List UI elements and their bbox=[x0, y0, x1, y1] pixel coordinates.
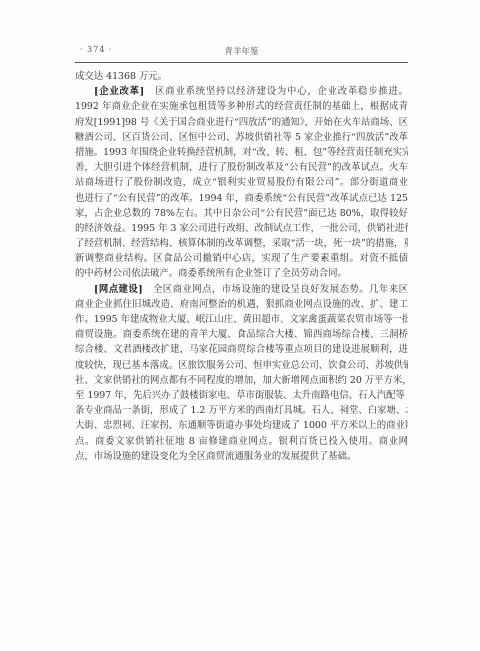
text-line: 糖酒公司、区百货公司、区恒中公司、苏坡供销社等 5 家企业推行“四放活”改革 bbox=[75, 130, 408, 145]
text-line: 1992 年商业企业在实施承包租赁等多种形式的经营责任制的基础上，根据成青 bbox=[75, 99, 408, 114]
line-text: 商贸设施。商委系统在建的青羊大厦、食品综合大楼、锦西商场综合楼、三洞桥 bbox=[75, 329, 408, 340]
text-line: 站商场进行了股份制改造，成立“银利实业贸易股份有限公司”。部分街道商业 bbox=[75, 175, 408, 190]
text-line: 善，大胆引进个体经营机制，进行了股份制改革及“公有民营”的改革试点。火车 bbox=[75, 160, 408, 175]
text-line: 也进行了“公有民营”的改革。1994 年，商委系统“公有民营”改革试点已达 12… bbox=[75, 191, 408, 206]
text-line: 作。1995 年建成物业大厦、岷江山庄、黄田超市、文家禽蛋蔬菜农贸市场等一批 bbox=[75, 312, 408, 327]
line-text: 度较快，现已基本落成。区旅饮服务公司、恒申实业总公司、饮食公司、苏坡供销 bbox=[75, 360, 408, 371]
line-text: 作。1995 年建成物业大厦、岷江山庄、黄田超市、文家禽蛋蔬菜农贸市场等一批 bbox=[75, 314, 408, 325]
text-line: 措施。1993 年围绕企业转换经营机制，对“改、转、租、包”等经营责任制充实完 bbox=[75, 145, 408, 160]
text-line: 的经济效益。1995 年 3 家公司进行改组、改制试点工作，一批公司，供销社进行 bbox=[75, 221, 408, 236]
page-header: · 374 · 青羊年鉴 bbox=[75, 45, 408, 59]
text-line: 府发[1991]98 号《关于国合商业进行“四放活”的通知》，开始在火车站商场、… bbox=[75, 115, 408, 130]
text-line: 点。商委文家供销社征地 8 亩修建商业网点。银利百货已投入使用。商业网 bbox=[75, 434, 408, 449]
text-line: 综合楼、文君酒楼改扩建，马家花园商贸综合楼等重点项目的建设进展顺利，进 bbox=[75, 342, 408, 357]
line-text: 的中药材公司依法破产。商委系统所有企业签订了全员劳动合同。 bbox=[75, 268, 347, 279]
section-heading: [网点建设] bbox=[94, 284, 143, 295]
text-line: 点，市场设施的建设变化为全区商贸流通服务业的发展提供了基础。 bbox=[75, 449, 408, 464]
text-line: 家，占企业总数的 78%左右。其中日杂公司“公有民营”面已达 80%，取得较好 bbox=[75, 206, 408, 221]
line-text: 新调整商业结构。区食品公司撤销中心店，实现了生产要素重组。对资不抵债 bbox=[75, 253, 408, 264]
line-text: 综合楼、文君酒楼改扩建，马家花园商贸综合楼等重点项目的建设进展顺利，进 bbox=[75, 344, 408, 355]
line-text: 点，市场设施的建设变化为全区商贸流通服务业的发展提供了基础。 bbox=[75, 451, 356, 462]
text-line: 至 1997 年，先后兴办了鼓楼街家电、草市街服装、太升南路电信、石人汽配等 8 bbox=[75, 388, 408, 403]
line-text: 社、文家供销社的网点都有不同程度的增加，加大新增网点面积约 20 万平方米， bbox=[75, 375, 408, 386]
line-text: 条专业商品一条街，形成了 1.2 万平方米的西南灯具城。石人、祠堂、白家塘、北 bbox=[75, 405, 408, 416]
text-line: 了经营机制、经营结构、核算体制的改革调整，采取“活一块，死一块”的措施，重 bbox=[75, 236, 408, 251]
text-line: 社、文家供销社的网点都有不同程度的增加，加大新增网点面积约 20 万平方米， bbox=[75, 373, 408, 388]
line-text: 至 1997 年，先后兴办了鼓楼街家电、草市街服装、太升南路电信、石人汽配等 8 bbox=[75, 390, 408, 401]
body-text: 成交达 41368 万元。[企业改革] 区商业系统坚持以经济建设为中心，企业改革… bbox=[75, 69, 408, 464]
line-text: 的经济效益。1995 年 3 家公司进行改组、改制试点工作，一批公司，供销社进行 bbox=[75, 223, 408, 234]
line-text: 府发[1991]98 号《关于国合商业进行“四放活”的通知》，开始在火车站商场、… bbox=[75, 117, 408, 128]
document-page: · 374 · 青羊年鉴 成交达 41368 万元。[企业改革] 区商业系统坚持… bbox=[0, 0, 480, 651]
line-text: 了经营机制、经营结构、核算体制的改革调整，采取“活一块，死一块”的措施，重 bbox=[75, 238, 408, 249]
line-text: 家，占企业总数的 78%左右。其中日杂公司“公有民营”面已达 80%，取得较好 bbox=[75, 208, 408, 219]
line-text: 大街、忠烈祠、汪家拐、东通顺等街道办事处均建成了 1000 平方米以上的商业网 bbox=[75, 420, 408, 431]
text-line: 条专业商品一条街，形成了 1.2 万平方米的西南灯具城。石人、祠堂、白家塘、北 bbox=[75, 403, 408, 418]
text-line: 商业企业抓住旧城改造、府南河整治的机遇，狠抓商业网点设施的改、扩、建工 bbox=[75, 297, 408, 312]
line-text: 商业企业抓住旧城改造、府南河整治的机遇，狠抓商业网点设施的改、扩、建工 bbox=[75, 299, 408, 310]
header-rule bbox=[75, 62, 408, 63]
text-line: 大街、忠烈祠、汪家拐、东通顺等街道办事处均建成了 1000 平方米以上的商业网 bbox=[75, 418, 408, 433]
section-first-line: [企业改革] 区商业系统坚持以经济建设为中心，企业改革稳步推进。 bbox=[75, 84, 408, 99]
line-text: 点。商委文家供销社征地 8 亩修建商业网点。银利百货已投入使用。商业网 bbox=[75, 436, 408, 447]
text-line: 商贸设施。商委系统在建的青羊大厦、食品综合大楼、锦西商场综合楼、三洞桥 bbox=[75, 327, 408, 342]
text-line: 新调整商业结构。区食品公司撤销中心店，实现了生产要素重组。对资不抵债 bbox=[75, 251, 408, 266]
line-text: 站商场进行了股份制改造，成立“银利实业贸易股份有限公司”。部分街道商业 bbox=[75, 177, 408, 188]
line-text: 善，大胆引进个体经营机制，进行了股份制改革及“公有民营”的改革试点。火车 bbox=[75, 162, 408, 173]
line-text: 全区商业网点，市场设施的建设呈良好发展态势。几年来区 bbox=[143, 284, 408, 295]
text-line: 的中药材公司依法破产。商委系统所有企业签订了全员劳动合同。 bbox=[75, 266, 408, 281]
text-line: 度较快，现已基本落成。区旅饮服务公司、恒申实业总公司、饮食公司、苏坡供销 bbox=[75, 358, 408, 373]
section-first-line: [网点建设] 全区商业网点，市场设施的建设呈良好发展态势。几年来区 bbox=[75, 282, 408, 297]
line-text: 糖酒公司、区百货公司、区恒中公司、苏坡供销社等 5 家企业推行“四放活”改革 bbox=[75, 132, 408, 143]
line-text: 措施。1993 年围绕企业转换经营机制，对“改、转、租、包”等经营责任制充实完 bbox=[75, 147, 408, 158]
line-text: 区商业系统坚持以经济建设为中心，企业改革稳步推进。 bbox=[144, 86, 408, 97]
line-text: 成交达 41368 万元。 bbox=[75, 71, 167, 82]
line-text: 1992 年商业企业在实施承包租赁等多种形式的经营责任制的基础上，根据成青 bbox=[75, 101, 408, 112]
section-heading: [企业改革] bbox=[94, 86, 144, 97]
text-line: 成交达 41368 万元。 bbox=[75, 69, 408, 84]
running-title: 青羊年鉴 bbox=[75, 45, 408, 57]
line-text: 也进行了“公有民营”的改革。1994 年，商委系统“公有民营”改革试点已达 12… bbox=[75, 193, 408, 204]
